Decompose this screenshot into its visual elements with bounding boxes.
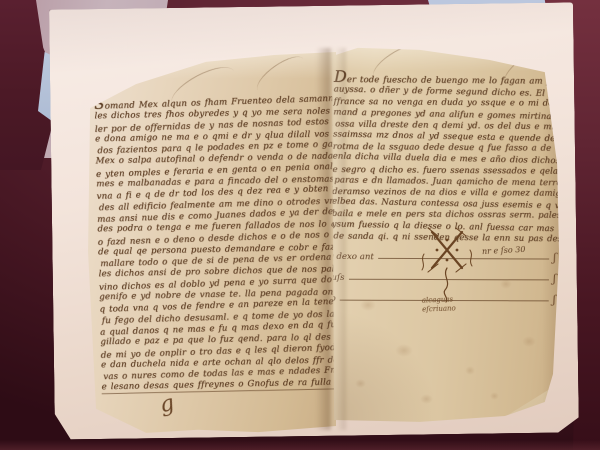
foxing-spot (420, 394, 433, 404)
end-flourish: g (157, 391, 177, 419)
scribe-name: alcaguas eſcriuano (422, 295, 456, 313)
manuscript-left-page: Somand Mex alqun os fham Fruenteo dela s… (78, 52, 336, 434)
script-line: paras e dn llamados. Juan qamicho de men… (334, 175, 554, 189)
script-line: mand a pregones yd ana alifun e gomes mi… (333, 107, 553, 123)
foxing-spot (395, 344, 413, 357)
left-page-text: Somand Mex alqun os fham Fruenteo dela s… (94, 92, 338, 396)
script-line: e segro q dicho es. fuero ssenas ssessad… (332, 164, 552, 177)
script-line: ossa villa dreste den q demi yd. os del … (335, 119, 555, 133)
margin-flourish: ʃ (553, 293, 556, 306)
margin-flourish: ʃ (553, 272, 556, 285)
script-line: deramso vezinos de na dios e villa e gom… (332, 187, 552, 200)
manuscript-right-page: Der tode fuescho de buengo me lo fagan a… (300, 44, 575, 434)
foxing-spot (490, 392, 499, 400)
foxing-spot (355, 379, 366, 388)
script-line: Der tode fuescho de buengo me lo fagan a… (334, 71, 554, 88)
rubric-side-note: nr e ſso 30 (482, 245, 526, 256)
scribe-name-line: eſcriuano (422, 304, 456, 314)
script-line: auyssa. o dñer y de forme segund dicho e… (334, 85, 554, 101)
script-line: rotma de la ssguao dede desue q fue fass… (333, 142, 553, 155)
foxing-spot (465, 366, 475, 375)
margin-flourish: ʃ (553, 251, 556, 264)
backdrop-bottom-edge (0, 440, 600, 450)
script-line: ssaimssa mz dnos al yd sseque esta e que… (333, 129, 553, 145)
photo-canvas: Somand Mex alqun os fham Fruenteo dela s… (0, 0, 600, 450)
notary-cross-rubric (416, 220, 480, 304)
foxing-spot (500, 279, 512, 289)
foxing-spot (522, 336, 536, 347)
foxing-spot (360, 299, 376, 311)
script-line: enla dicha villa duela dia e mes e año d… (333, 152, 553, 168)
closing-label: q dexo ant (328, 252, 374, 262)
script-line: ffrance sa no venga en duda yo ssque e o… (333, 97, 553, 110)
script-line: elbea das. Nastura contessa osa juss ese… (332, 197, 552, 213)
